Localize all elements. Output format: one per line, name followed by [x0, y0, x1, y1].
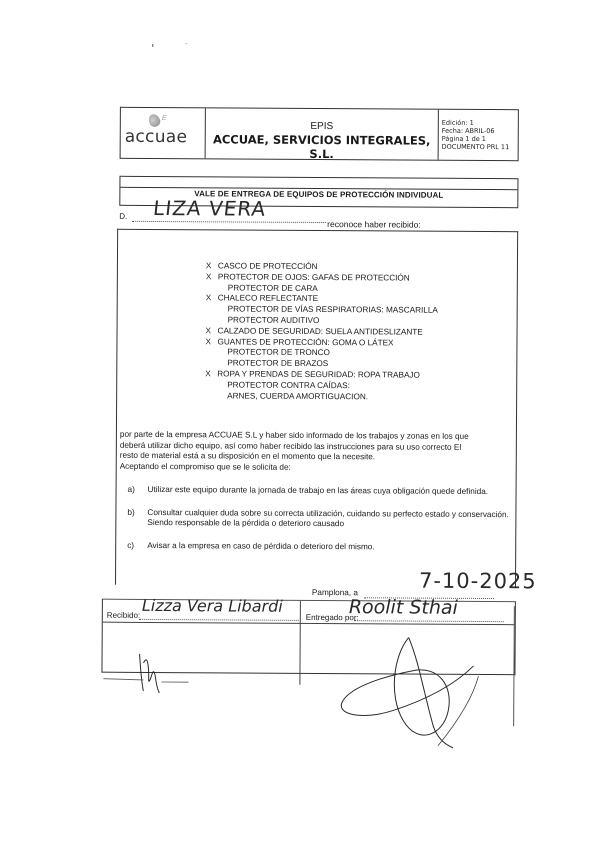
- checkmark-x: X: [206, 272, 218, 283]
- declaration-paragraph: por parte de la empresa ACCUAE S.L y hab…: [120, 430, 520, 475]
- header-epis: EPIS: [206, 120, 438, 132]
- checkmark-x: X: [206, 261, 218, 272]
- commitment-text: Consultar cualquier duda sobre su correc…: [147, 508, 512, 531]
- scan-speck: [185, 43, 187, 44]
- name-handwritten: LIZA VERA: [152, 196, 268, 221]
- commitment-item: a) Utilizar este equipo durante la jorna…: [128, 485, 513, 498]
- header-title-cell: EPIS ACCUAE, SERVICIOS INTEGRALES, S.L.: [206, 108, 439, 159]
- commitment-item: c) Avisar a la empresa en caso de pérdid…: [127, 541, 512, 554]
- commitment-marker: c): [127, 541, 147, 552]
- ppe-item-text: PROTECTOR DE TRONCO: [217, 348, 330, 359]
- commitment-text: Utilizar este equipo durante la jornada …: [148, 485, 489, 498]
- commitment-text: Avisar a la empresa en caso de pérdida o…: [147, 541, 374, 553]
- commitment-item: b) Consultar cualquier duda sobre su cor…: [127, 507, 512, 531]
- document-meta: Edición: 1 Fecha: ABRIL-06 Página 1 de 1…: [439, 110, 518, 160]
- ppe-item-text: PROTECTOR DE CARA: [218, 283, 318, 294]
- company-logo: E accuae: [121, 108, 206, 159]
- signature-col-divider: [299, 601, 301, 685]
- ppe-item-text: ARNES, CUERDA AMORTIGUACION.: [217, 391, 368, 403]
- checkmark-x: X: [205, 369, 217, 380]
- date-handwritten: 7-10-2025: [419, 569, 537, 594]
- ppe-items-list: XCASCO DE PROTECCIÓNXPROTECTOR DE OJOS: …: [205, 261, 438, 403]
- ppe-item-text: PROTECTOR DE BRAZOS: [217, 359, 328, 370]
- received-signature: [133, 649, 173, 699]
- scanned-document-page: E accuae EPIS ACCUAE, SERVICIOS INTEGRAL…: [0, 0, 595, 841]
- checkmark-x: [206, 304, 218, 315]
- d-label: D.: [119, 212, 127, 221]
- document-code: DOCUMENTO PRL 11: [442, 143, 518, 151]
- document-header: E accuae EPIS ACCUAE, SERVICIOS INTEGRAL…: [120, 107, 519, 161]
- ppe-item: ARNES, CUERDA AMORTIGUACION.: [205, 391, 437, 403]
- checkmark-x: [206, 315, 218, 326]
- checkmark-x: [205, 348, 217, 359]
- checkmark-x: X: [206, 326, 218, 337]
- checkmark-x: X: [206, 294, 218, 305]
- checkmark-x: [205, 391, 217, 402]
- ppe-item-text: PROTECTOR CONTRA CAÍDAS:: [217, 380, 350, 392]
- commitments-list: a) Utilizar este equipo durante la jorna…: [127, 485, 512, 566]
- delivered-signature: [333, 635, 494, 756]
- name-field-line: [132, 221, 326, 223]
- checkmark-x: [205, 358, 217, 369]
- checkmark-x: [205, 380, 217, 391]
- ppe-item-text: PROTECTOR AUDITIVO: [218, 315, 320, 326]
- commitment-marker: b): [127, 507, 147, 528]
- checkmark-x: [206, 283, 218, 294]
- company-name: ACCUAE, SERVICIOS INTEGRALES, S.L.: [206, 132, 438, 161]
- received-label: Recibido:: [107, 611, 140, 620]
- checkmark-x: X: [205, 337, 217, 348]
- delivered-handwritten: Roolit Sthai: [349, 596, 458, 619]
- logo-text: accuae: [125, 127, 188, 147]
- received-handwritten: Lizza Vera Libardi: [142, 596, 283, 616]
- commitment-marker: a): [128, 485, 148, 496]
- ppe-item-text: CHALECO REFLECTANTE: [218, 294, 318, 305]
- signature-row-divider: [103, 622, 515, 626]
- reconoce-text: reconoce haber recibido:: [327, 219, 421, 230]
- scan-speck: [152, 44, 153, 47]
- ppe-item-text: CASCO DE PROTECCIÓN: [218, 261, 318, 272]
- logo-accent-icon: E: [162, 115, 167, 122]
